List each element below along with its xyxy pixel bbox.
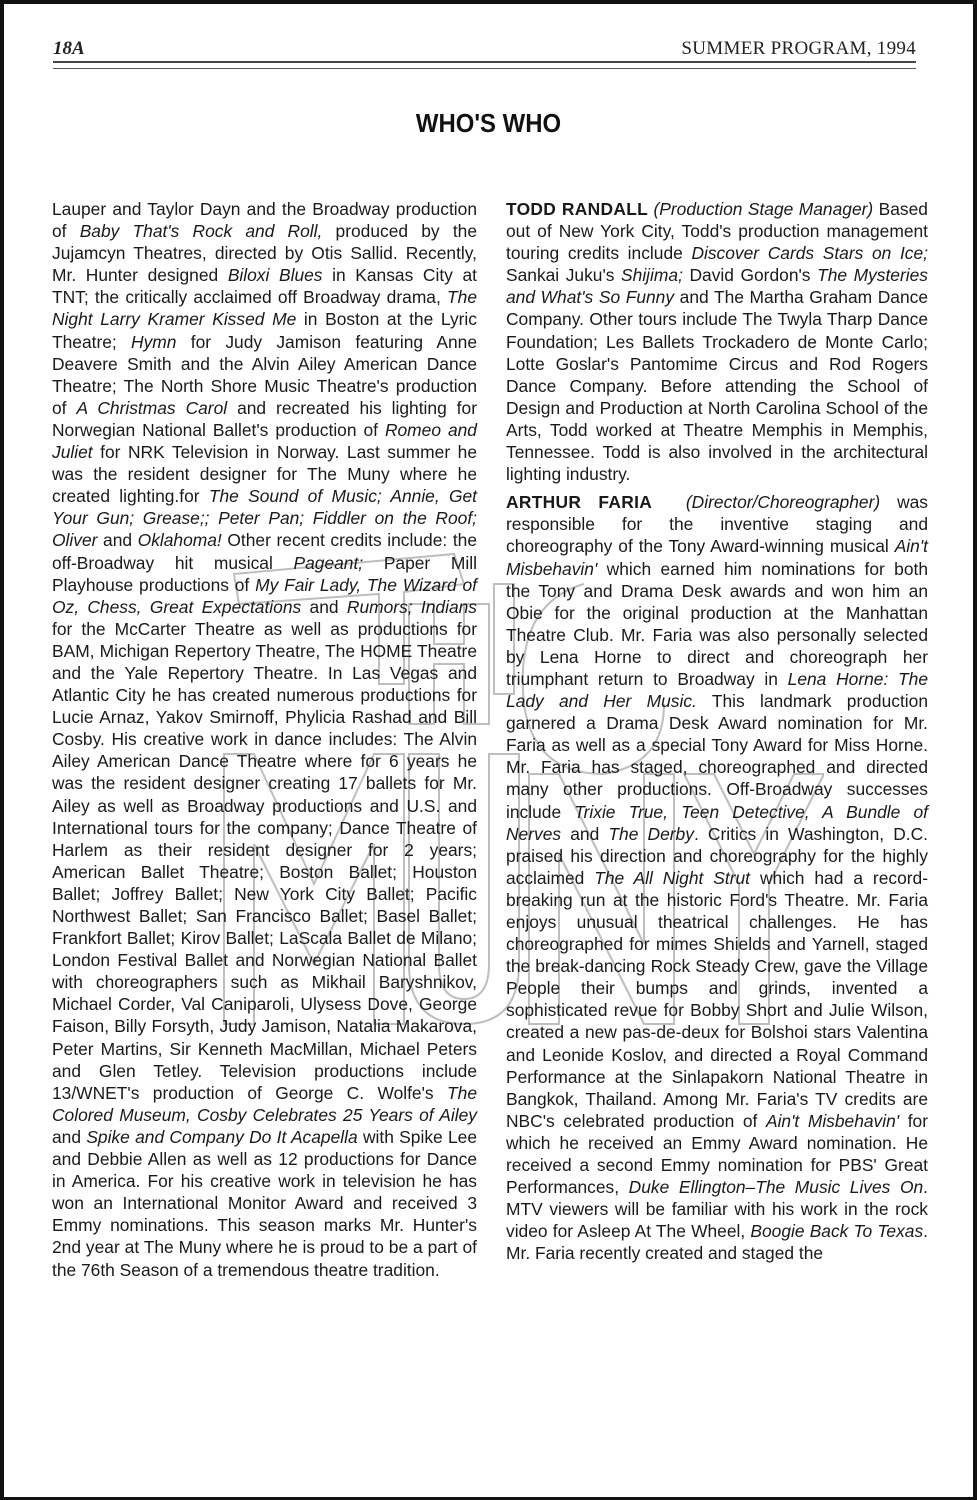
italic-title-text: The All Night Strut xyxy=(594,868,750,888)
left-column: Lauper and Taylor Dayn and the Broadway … xyxy=(52,198,477,1281)
publication-title: SUMMER PROGRAM, 1994 xyxy=(681,38,916,60)
italic-title-text: Oklahoma! xyxy=(138,530,222,550)
body-text: and The Martha Graham Dance Company. Oth… xyxy=(506,287,928,484)
bio-name: TODD RANDALL xyxy=(506,199,648,219)
italic-title-text: Boogie Back To Texas xyxy=(750,1221,923,1241)
italic-title-text: A Christmas Carol xyxy=(76,398,227,418)
body-text: and xyxy=(561,824,608,844)
italic-title-text: Rumors; Indians xyxy=(347,597,477,617)
italic-title-text: Biloxi Blues xyxy=(228,265,323,285)
body-text: and xyxy=(52,1127,86,1147)
bio-todd-randall: TODD RANDALL (Production Stage Manager) … xyxy=(506,198,928,485)
page-title: WHO'S WHO xyxy=(43,108,934,139)
right-column: TODD RANDALL (Production Stage Manager) … xyxy=(506,198,928,1265)
page-frame: 18A SUMMER PROGRAM, 1994 WHO'S WHO Laupe… xyxy=(0,0,977,1500)
italic-title-text: Discover Cards Stars on Ice; xyxy=(691,243,928,263)
body-text: and xyxy=(97,530,137,550)
body-text: for the McCarter Theatre as well as prod… xyxy=(52,619,477,1103)
bio-body: Based out of New York City, Todd's produ… xyxy=(506,199,928,484)
header-rule-bottom xyxy=(53,68,916,69)
italic-title-text: Ain't Misbehavin' xyxy=(766,1111,899,1131)
italic-title-text: Hymn xyxy=(131,332,176,352)
bio-arthur-faria: ARTHUR FARIA (Director/Choreographer) wa… xyxy=(506,491,928,1264)
body-text: David Gordon's xyxy=(683,265,817,285)
bio-role: (Director/Choreographer) xyxy=(686,492,880,512)
hunter-bio-continuation: Lauper and Taylor Dayn and the Broadway … xyxy=(52,198,477,1281)
body-text: with Spike Lee and Debbie Allen as well … xyxy=(52,1127,477,1280)
page-number: 18A xyxy=(53,38,85,60)
body-text: and xyxy=(301,597,347,617)
header-rule-top xyxy=(53,61,916,63)
italic-title-text: Spike and Company Do It Acapella xyxy=(86,1127,357,1147)
body-text: which had a record-breaking run at the h… xyxy=(506,868,928,1131)
italic-title-text: Pageant; xyxy=(294,553,364,573)
bio-name: ARTHUR FARIA xyxy=(506,492,652,512)
italic-title-text: Shijima; xyxy=(621,265,683,285)
italic-title-text: Baby That's Rock and Roll, xyxy=(80,221,323,241)
bio-role: (Production Stage Manager) xyxy=(654,199,874,219)
italic-title-text: The Derby xyxy=(608,824,694,844)
italic-title-text: Duke Ellington–The Music Lives On xyxy=(629,1177,923,1197)
body-text: Sankai Juku's xyxy=(506,265,621,285)
bio-body: was responsible for the inventive stagin… xyxy=(506,492,928,1263)
